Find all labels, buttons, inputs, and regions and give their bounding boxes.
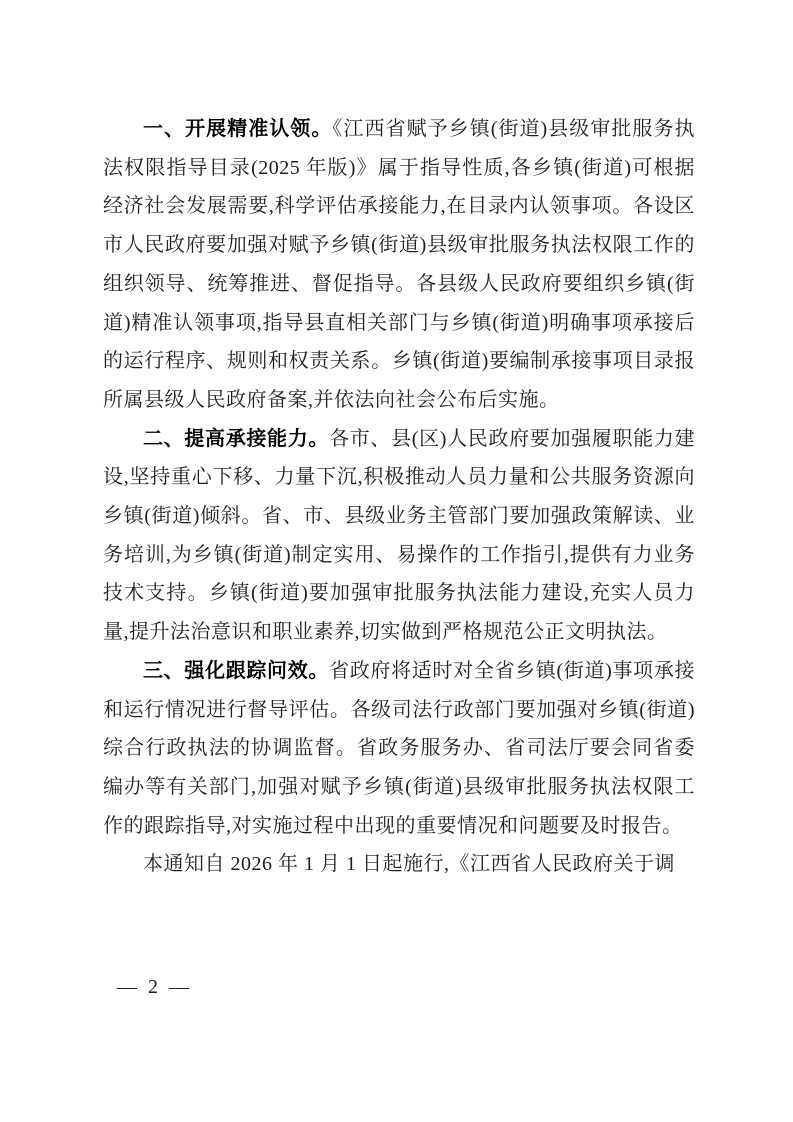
paragraph-3-heading: 三、强化跟踪问效。 <box>143 660 329 682</box>
page-number: — 2 — <box>117 976 192 998</box>
document-page: 一、开展精准认领。《江西省赋予乡镇(街道)县级审批服务执法权限指导目录(2025… <box>0 0 793 1122</box>
paragraph-3: 三、强化跟踪问效。省政府将适时对全省乡镇(街道)事项承接和运行情况进行督导评估。… <box>103 652 695 846</box>
document-body: 一、开展精准认领。《江西省赋予乡镇(街道)县级审批服务执法权限指导目录(2025… <box>103 110 695 884</box>
page-footer: — 2 — <box>117 976 192 999</box>
paragraph-2-text: 各市、县(区)人民政府要加强履职能力建设,坚持重心下移、力量下沉,积极推动人员力… <box>103 428 695 644</box>
paragraph-1-text: 《江西省赋予乡镇(街道)县级审批服务执法权限指导目录(2025 年版)》属于指导… <box>103 118 695 411</box>
paragraph-2: 二、提高承接能力。各市、县(区)人民政府要加强履职能力建设,坚持重心下移、力量下… <box>103 420 695 652</box>
paragraph-1: 一、开展精准认领。《江西省赋予乡镇(街道)县级审批服务执法权限指导目录(2025… <box>103 110 695 420</box>
paragraph-3-text: 省政府将适时对全省乡镇(街道)事项承接和运行情况进行督导评估。各级司法行政部门要… <box>103 660 695 837</box>
paragraph-2-heading: 二、提高承接能力。 <box>143 428 329 450</box>
paragraph-1-heading: 一、开展精准认领。 <box>143 118 332 140</box>
paragraph-4-text: 本通知自 2026 年 1 月 1 日起施行,《江西省人民政府关于调 <box>143 853 675 875</box>
paragraph-4: 本通知自 2026 年 1 月 1 日起施行,《江西省人民政府关于调 <box>103 845 695 884</box>
